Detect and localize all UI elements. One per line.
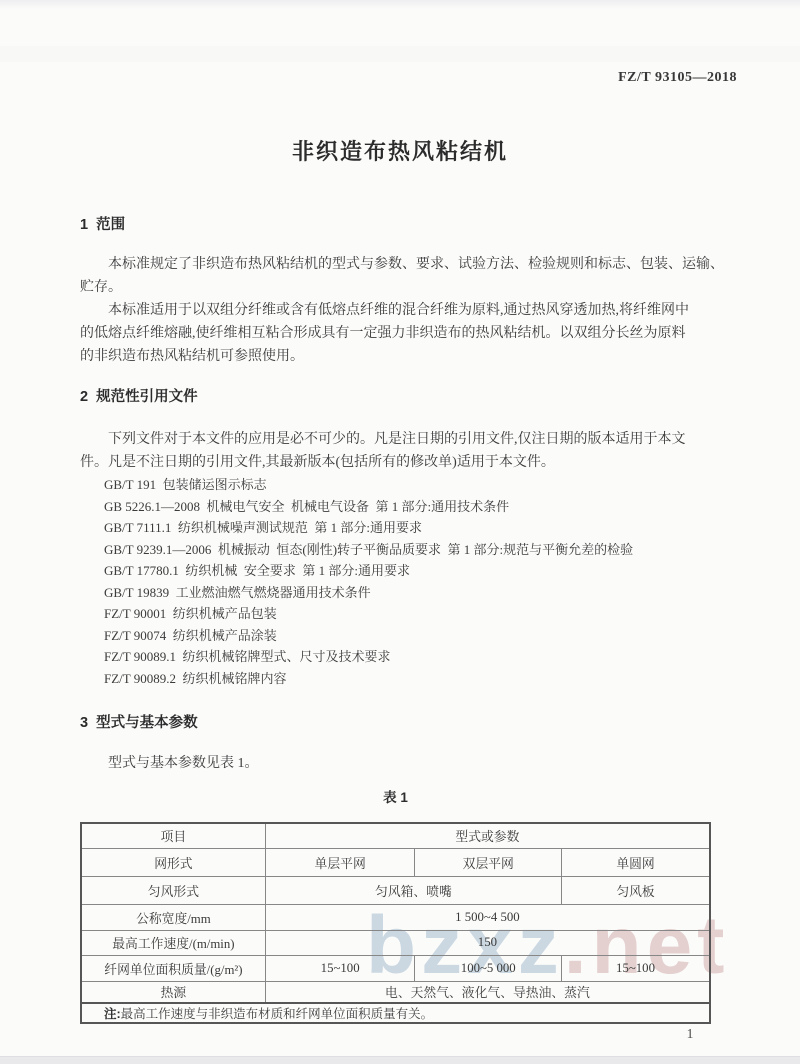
references-list: GB/T 191 包装储运图示标志 GB 5226.1—2008 机械电气安全 … <box>104 474 754 689</box>
table-1-container: 项目 型式或参数 网形式 单层平网 双层平网 单圆网 匀风形式 匀风箱、喷嘴 匀… <box>80 822 711 1024</box>
section-1-heading: 1 范围 <box>80 213 125 234</box>
table-note-text: 最高工作速度与非织造布材质和纤网单位面积质量有关。 <box>121 1007 434 1021</box>
table-header-type-params: 型式或参数 <box>265 823 710 848</box>
table-cell: 15~100 <box>562 955 710 981</box>
doc-title: 非织造布热风粘结机 <box>0 135 800 166</box>
table-cell: 电、天然气、液化气、导热油、蒸汽 <box>265 981 710 1003</box>
row-label-heat-source: 热源 <box>81 981 265 1003</box>
reference-item: FZ/T 90089.2 纺织机械铭牌内容 <box>104 668 754 690</box>
reference-item: GB 5226.1—2008 机械电气安全 机械电气设备 第 1 部分:通用技术… <box>104 496 754 518</box>
paragraph-line: 的低熔点纤维熔融,使纤维相互粘合形成具有一定强力非织造布的热风粘结机。以双组分长… <box>80 322 740 345</box>
table-cell: 匀风板 <box>562 876 710 904</box>
table-note: 注:最高工作速度与非织造布材质和纤网单位面积质量有关。 <box>81 1003 710 1023</box>
paragraph-line: 的非织造布热风粘结机可参照使用。 <box>80 345 740 368</box>
reference-item: GB/T 19839 工业燃油燃气燃烧器通用技术条件 <box>104 582 754 604</box>
row-label-airflow-form: 匀风形式 <box>81 876 265 904</box>
reference-item: GB/T 17780.1 纺织机械 安全要求 第 1 部分:通用要求 <box>104 560 754 582</box>
table-header-item: 项目 <box>81 823 265 848</box>
page-number: 1 <box>680 1026 700 1042</box>
table-note-row: 注:最高工作速度与非织造布材质和纤网单位面积质量有关。 <box>81 1003 710 1023</box>
table-cell: 150 <box>265 930 710 955</box>
reference-item: FZ/T 90074 纺织机械产品涂装 <box>104 625 754 647</box>
paragraph-line: 件。凡是不注日期的引用文件,其最新版本(包括所有的修改单)适用于本文件。 <box>80 451 740 474</box>
doc-number: FZ/T 93105—2018 <box>618 70 737 86</box>
section-3-body: 型式与基本参数见表 1。 <box>80 752 740 775</box>
section-2-intro: 下列文件对于本文件的应用是必不可少的。凡是注日期的引用文件,仅注日期的版本适用于… <box>80 428 740 474</box>
table-row: 纤网单位面积质量/(g/m²) 15~100 100~5 000 15~100 <box>81 955 710 981</box>
table-cell: 1 500~4 500 <box>265 904 710 930</box>
row-label-net-form: 网形式 <box>81 848 265 876</box>
table-cell: 匀风箱、喷嘴 <box>265 876 561 904</box>
section-2-heading: 2 规范性引用文件 <box>80 385 198 406</box>
table-1: 项目 型式或参数 网形式 单层平网 双层平网 单圆网 匀风形式 匀风箱、喷嘴 匀… <box>80 822 711 1024</box>
reference-item: FZ/T 90001 纺织机械产品包装 <box>104 603 754 625</box>
table-row: 最高工作速度/(m/min) 150 <box>81 930 710 955</box>
reference-item: GB/T 191 包装储运图示标志 <box>104 474 754 496</box>
reference-item: FZ/T 90089.1 纺织机械铭牌型式、尺寸及技术要求 <box>104 646 754 668</box>
row-label-nominal-width: 公称宽度/mm <box>81 904 265 930</box>
table-cell: 单层平网 <box>265 848 415 876</box>
table-row: 公称宽度/mm 1 500~4 500 <box>81 904 710 930</box>
section-1-body: 本标准规定了非织造布热风粘结机的型式与参数、要求、试验方法、检验规则和标志、包装… <box>80 253 740 368</box>
table-cell: 100~5 000 <box>415 955 562 981</box>
table-row: 热源 电、天然气、液化气、导热油、蒸汽 <box>81 981 710 1003</box>
table-cell: 15~100 <box>265 955 415 981</box>
scan-band-top <box>0 0 800 9</box>
paragraph-line: 贮存。 <box>80 276 740 299</box>
reference-item: GB/T 9239.1—2006 机械振动 恒态(刚性)转子平衡品质要求 第 1… <box>104 539 754 561</box>
paragraph-line: 下列文件对于本文件的应用是必不可少的。凡是注日期的引用文件,仅注日期的版本适用于… <box>80 428 740 451</box>
table-row: 匀风形式 匀风箱、喷嘴 匀风板 <box>81 876 710 904</box>
row-label-web-mass: 纤网单位面积质量/(g/m²) <box>81 955 265 981</box>
scan-band-middle <box>0 46 800 62</box>
paragraph-line: 本标准适用于以双组分纤维或含有低熔点纤维的混合纤维为原料,通过热风穿透加热,将纤… <box>80 299 740 322</box>
section-3-heading: 3 型式与基本参数 <box>80 711 198 732</box>
table-cell: 单圆网 <box>562 848 710 876</box>
scan-band-bottom <box>0 1056 800 1064</box>
reference-item: GB/T 7111.1 纺织机械噪声测试规范 第 1 部分:通用要求 <box>104 517 754 539</box>
document-page: bzxz.net FZ/T 93105—2018 非织造布热风粘结机 1 范围 … <box>0 0 800 1064</box>
table-1-caption: 表 1 <box>80 786 711 806</box>
row-label-max-speed: 最高工作速度/(m/min) <box>81 930 265 955</box>
table-row: 网形式 单层平网 双层平网 单圆网 <box>81 848 710 876</box>
paragraph-line: 型式与基本参数见表 1。 <box>80 752 740 775</box>
table-row: 项目 型式或参数 <box>81 823 710 848</box>
table-note-label: 注: <box>104 1007 121 1021</box>
table-cell: 双层平网 <box>415 848 562 876</box>
paragraph-line: 本标准规定了非织造布热风粘结机的型式与参数、要求、试验方法、检验规则和标志、包装… <box>80 253 740 276</box>
